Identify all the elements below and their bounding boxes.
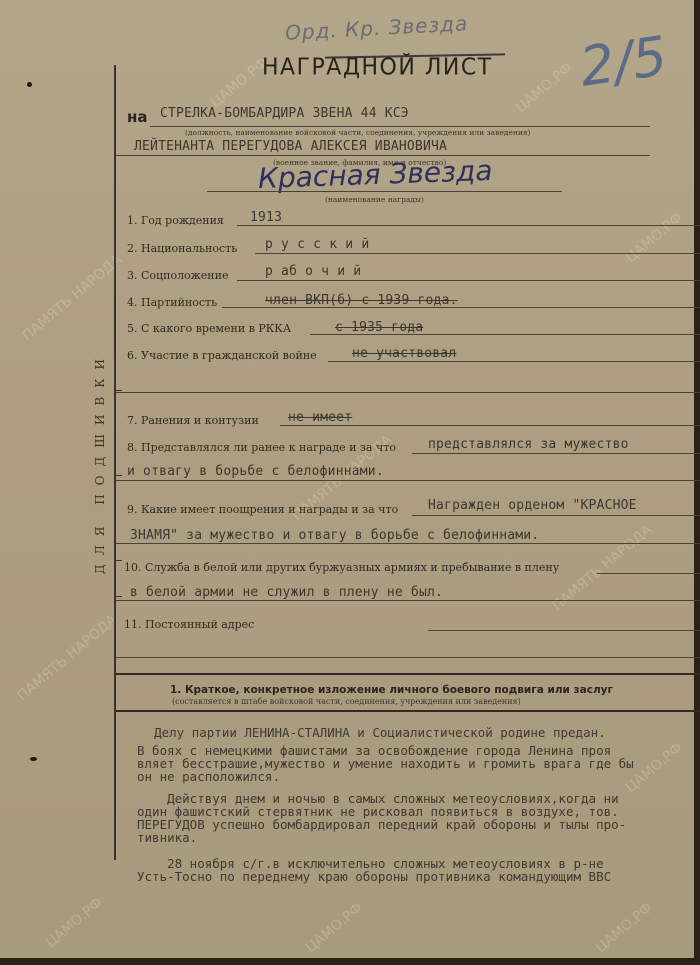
field-line xyxy=(597,573,700,574)
field-label-wounds: 7. Ранения и контузии xyxy=(127,414,259,427)
scan-border-bottom xyxy=(0,958,700,965)
section-divider xyxy=(116,710,700,712)
field-line xyxy=(412,453,700,454)
field-line xyxy=(237,280,700,281)
field-value-birth-year: 1913 xyxy=(250,210,282,225)
rank-name-value: ЛЕЙТЕНАНТА ПЕРЕГУДОВА АЛЕКСЕЯ ИВАНОВИЧА xyxy=(134,139,447,154)
citation-paragraph-4: 28 ноября с/г.в исключительно сложных ме… xyxy=(137,857,611,883)
field-line xyxy=(280,425,700,426)
field-value-white-army: в белой армии не служил в плену не был. xyxy=(130,585,443,600)
field-line xyxy=(412,515,700,516)
field-value-civil-war: не участвовал xyxy=(352,346,456,361)
ink-spot xyxy=(30,757,37,761)
document-title: НАГРАДНОЙ ЛИСТ xyxy=(262,54,493,80)
field-line xyxy=(310,334,700,335)
field-line xyxy=(116,392,700,393)
citation-paragraph-2: В боях с немецкими фашистами за освобожд… xyxy=(137,744,634,783)
field-label-nationality: 2. Национальность xyxy=(127,242,237,255)
field-label-address: 11. Постоянный адрес xyxy=(124,618,254,631)
field-label-white-army: 10. Служба в белой или других буржуазных… xyxy=(124,561,559,574)
field-label-social-status: 3. Соцположение xyxy=(127,269,228,282)
section-subtitle: (составляется в штабе войсковой части, с… xyxy=(172,697,521,706)
field-value-wounds: не имеет xyxy=(288,410,352,425)
field-value-awards-line2: ЗНАМЯ" за мужество и отвагу в борьбе с б… xyxy=(130,528,539,543)
field-value-social-status: р аб о ч и й xyxy=(265,264,361,279)
field-value-nationality: р у с с к и й xyxy=(265,237,369,252)
field-value-awards: Награжден орденом "КРАСНОЕ xyxy=(428,498,637,513)
field-line xyxy=(116,657,700,658)
binding-margin-line xyxy=(114,65,116,860)
field-value-rkka-since: с 1935 года xyxy=(335,320,423,335)
position-line xyxy=(150,126,650,127)
citation-paragraph-1: Делу партии ЛЕНИНА-СТАЛИНА и Социалистич… xyxy=(124,726,606,739)
field-line xyxy=(255,253,700,254)
scan-border-right xyxy=(694,0,700,965)
handwritten-sheet-number: 2/5 xyxy=(576,24,671,98)
rank-name-line xyxy=(116,155,650,156)
field-label-civil-war: 6. Участие в гражданской войне xyxy=(127,349,317,362)
award-line xyxy=(207,191,562,192)
field-line xyxy=(116,543,700,544)
margin-tick xyxy=(114,596,122,597)
margin-tick xyxy=(114,560,122,561)
field-value-previous-nomination: представлялся за мужество xyxy=(428,437,629,452)
field-label-birth-year: 1. Год рождения xyxy=(127,214,224,227)
margin-tick xyxy=(114,390,122,391)
field-label-rkka-since: 5. С какого времени в РККА xyxy=(127,322,291,335)
field-value-party: член ВКП(б) с 1939 года. xyxy=(265,293,458,308)
section-title: 1. Краткое, конкретное изложение личного… xyxy=(170,684,613,696)
field-line xyxy=(237,225,700,226)
position-value: СТРЕЛКА-БОМБАРДИРА ЗВЕНА 44 КСЭ xyxy=(160,106,409,121)
position-caption: (должность, наименование войсковой части… xyxy=(185,128,530,137)
field-line xyxy=(116,600,700,601)
field-label-previous-awards-nomination: 8. Представлялся ли ранее к награде и за… xyxy=(127,441,396,454)
field-line xyxy=(222,307,700,308)
field-value-previous-nomination-line2: и отвагу в борьбе с белофиннами. xyxy=(127,464,384,479)
field-label-awards: 9. Какие имеет поощрения и награды и за … xyxy=(127,503,398,516)
ink-spot xyxy=(27,82,32,87)
margin-tick xyxy=(114,475,122,476)
citation-paragraph-3: Действуя днем и ночью в самых сложных ме… xyxy=(137,792,626,844)
section-divider xyxy=(116,673,700,675)
award-caption: (наименование награды) xyxy=(325,195,424,204)
field-line xyxy=(116,480,700,481)
field-line xyxy=(428,630,700,631)
field-label-party: 4. Партийность xyxy=(127,296,217,309)
field-line xyxy=(328,361,700,362)
binding-label: ДЛЯ ПОДШИВКИ xyxy=(93,350,113,600)
recipient-prefix: на xyxy=(127,108,148,126)
